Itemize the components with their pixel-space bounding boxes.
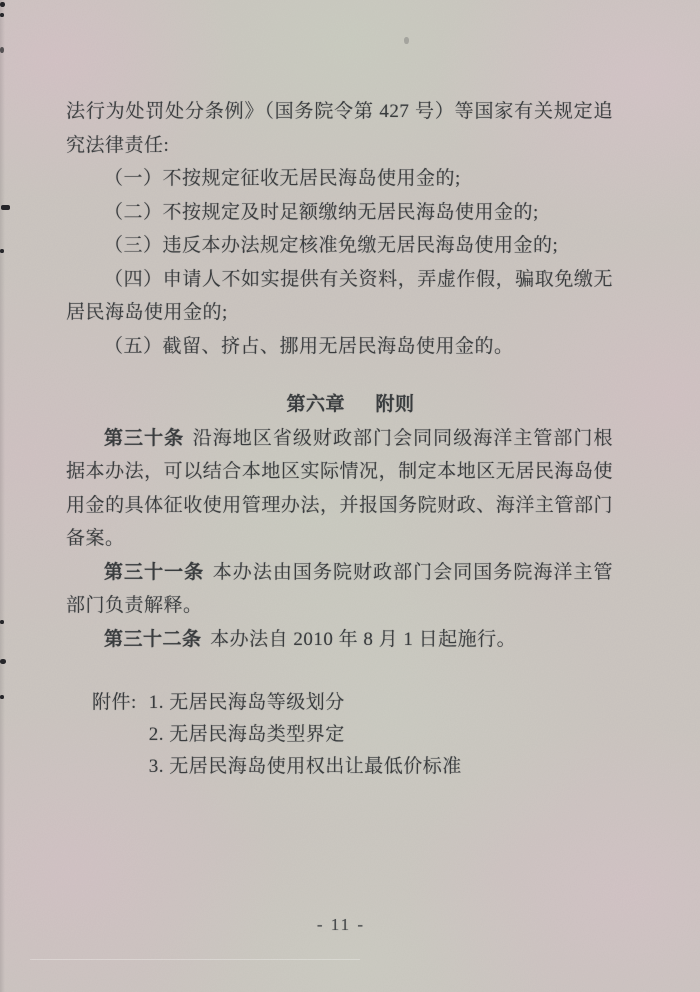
list-item-2: （二）不按规定及时足额缴纳无居民海岛使用金的; xyxy=(66,196,613,230)
article-31-line-2: 部门负责解释。 xyxy=(66,589,613,623)
article-30-label: 第三十条 xyxy=(104,428,184,449)
article-31-line-1: 第三十一条本办法由国务院财政部门会同国务院海洋主管 xyxy=(66,556,613,590)
scan-artifact-faint-mark xyxy=(404,37,409,44)
scan-artifact-speck xyxy=(0,2,5,7)
list-item-4-line-2: 居民海岛使用金的; xyxy=(66,296,613,330)
scanned-document-page: 法行为处罚处分条例》（国务院令第 427 号）等国家有关规定追 究法律责任: （… xyxy=(0,0,700,992)
scan-artifact-speck xyxy=(0,659,6,664)
continued-paragraph-line-1: 法行为处罚处分条例》（国务院令第 427 号）等国家有关规定追 xyxy=(66,95,613,129)
list-item-1: （一）不按规定征收无居民海岛使用金的; xyxy=(66,162,613,196)
article-32-line: 第三十二条本办法自 2010 年 8 月 1 日起施行。 xyxy=(66,623,613,657)
scan-artifact-speck xyxy=(0,620,4,624)
attachments-block: 附件: 1. 无居民海岛等级划分 2. 无居民海岛类型界定 3. 无居民海岛使用… xyxy=(92,687,613,783)
page-number: - 11 - xyxy=(0,915,700,935)
scan-artifact-speck xyxy=(0,695,4,699)
attachments-label: 附件: xyxy=(92,687,137,719)
article-30-line-2: 据本办法，可以结合本地区实际情况，制定本地区无居民海岛使 xyxy=(66,455,613,489)
chapter-heading: 第六章附则 xyxy=(66,388,613,422)
article-30-line-1: 第三十条沿海地区省级财政部门会同同级海洋主管部门根 xyxy=(66,422,613,456)
document-body: 法行为处罚处分条例》（国务院令第 427 号）等国家有关规定追 究法律责任: （… xyxy=(0,0,700,783)
article-30-line-3: 用金的具体征收使用管理办法，并报国务院财政、海洋主管部门 xyxy=(66,489,613,523)
article-32-text: 本办法自 2010 年 8 月 1 日起施行。 xyxy=(210,629,516,650)
article-32-label: 第三十二条 xyxy=(104,629,202,650)
paper-crease xyxy=(30,959,360,960)
list-item-3: （三）违反本办法规定核准免缴无居民海岛使用金的; xyxy=(66,229,613,263)
article-30-line-4: 备案。 xyxy=(66,522,613,556)
article-31-text: 本办法由国务院财政部门会同国务院海洋主管 xyxy=(213,562,613,583)
scan-artifact-speck xyxy=(0,13,4,17)
continued-paragraph-line-2: 究法律责任: xyxy=(66,129,613,163)
attachment-item-2: 2. 无居民海岛类型界定 xyxy=(149,719,613,751)
scan-artifact-dash xyxy=(1,205,10,210)
scan-artifact-speck xyxy=(0,249,4,253)
article-30-text: 沿海地区省级财政部门会同同级海洋主管部门根 xyxy=(193,428,613,449)
attachment-item-1: 1. 无居民海岛等级划分 xyxy=(149,687,613,719)
list-item-5: （五）截留、挤占、挪用无居民海岛使用金的。 xyxy=(66,330,613,364)
attachment-item-3: 3. 无居民海岛使用权出让最低价标准 xyxy=(149,751,613,783)
attachments-list: 1. 无居民海岛等级划分 2. 无居民海岛类型界定 3. 无居民海岛使用权出让最… xyxy=(149,687,613,783)
list-item-4-line-1: （四）申请人不如实提供有关资料，弄虚作假，骗取免缴无 xyxy=(66,263,613,297)
scan-artifact-speck xyxy=(0,47,4,53)
chapter-number: 第六章 xyxy=(287,394,346,415)
chapter-title: 附则 xyxy=(375,394,414,415)
article-31-label: 第三十一条 xyxy=(104,562,204,583)
